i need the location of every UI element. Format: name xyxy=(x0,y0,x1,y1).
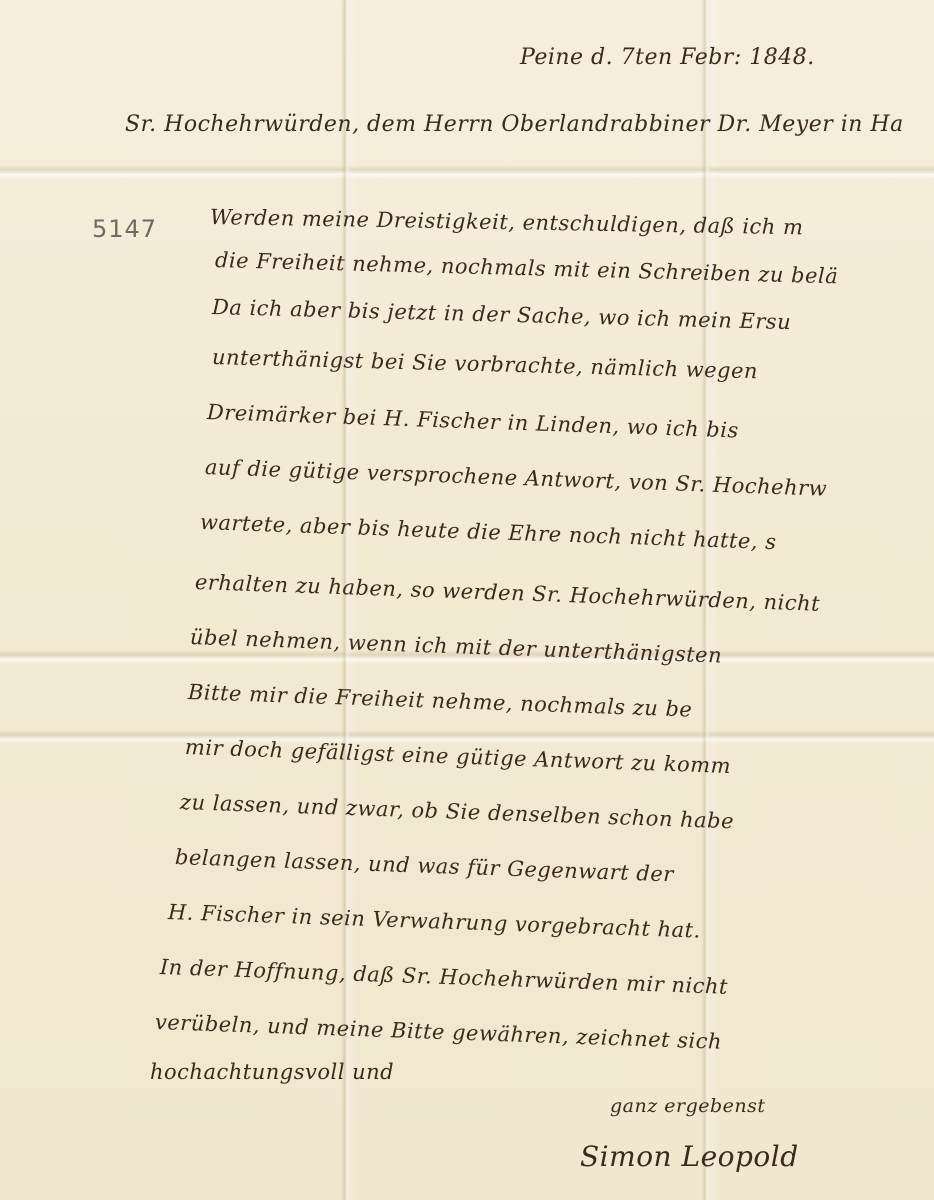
body-line: hochachtungsvoll und xyxy=(150,1060,394,1084)
fold-line-horizontal xyxy=(0,165,934,179)
archive-number: 5147 xyxy=(92,215,157,243)
salutation: Sr. Hochehrwürden, dem Herrn Oberlandrab… xyxy=(125,112,904,137)
closing-phrase: ganz ergebenst xyxy=(610,1095,766,1117)
place-date: Peine d. 7ten Febr: 1848. xyxy=(520,45,815,70)
signature: Simon Leopold xyxy=(580,1140,799,1173)
fold-line-horizontal xyxy=(0,730,934,744)
